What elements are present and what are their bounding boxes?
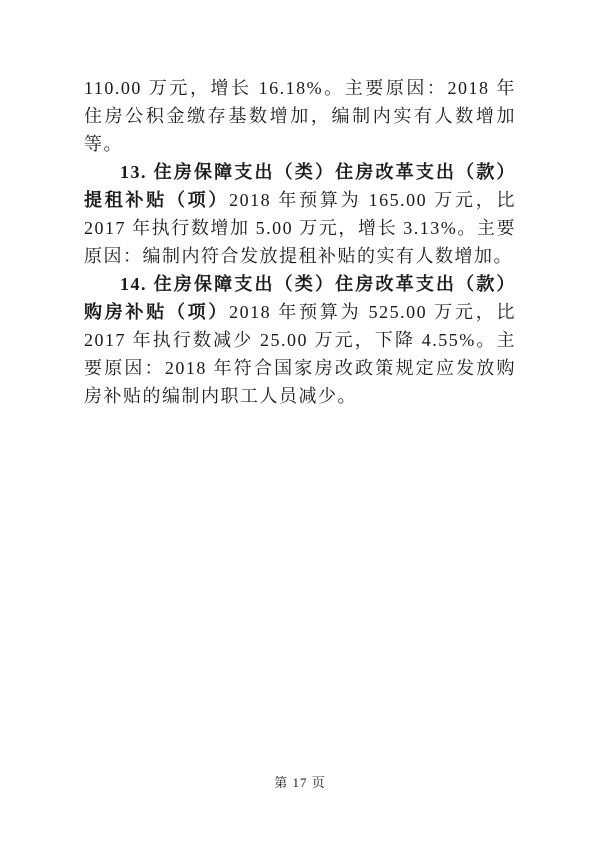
paragraph-continuation: 110.00 万元，增长 16.18%。主要原因：2018 年住房公积金缴存基数… (84, 74, 516, 158)
document-body: 110.00 万元，增长 16.18%。主要原因：2018 年住房公积金缴存基数… (84, 74, 516, 410)
page-number-footer: 第 17 页 (0, 772, 600, 791)
paragraph-item-14: 14. 住房保障支出（类）住房改革支出（款）购房补贴（项）2018 年预算为 5… (84, 270, 516, 410)
paragraph-continuation-text: 110.00 万元，增长 16.18%。主要原因：2018 年住房公积金缴存基数… (84, 78, 516, 154)
paragraph-item-13: 13. 住房保障支出（类）住房改革支出（款）提租补贴（项）2018 年预算为 1… (84, 158, 516, 270)
document-page: 110.00 万元，增长 16.18%。主要原因：2018 年住房公积金缴存基数… (0, 0, 600, 848)
